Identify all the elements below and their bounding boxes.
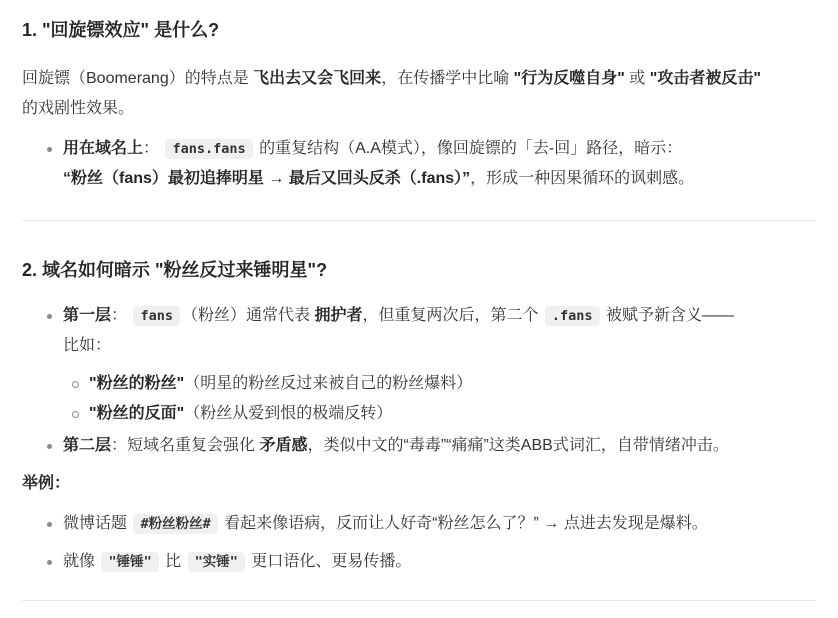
bullet-text: 被赋予新含义—— — [602, 307, 734, 324]
bold-attacker-countered: "攻击者被反击" — [650, 70, 761, 87]
bottom-divider — [22, 600, 816, 601]
bold-examples: 举例： — [22, 475, 70, 492]
inline-code-hashtag-fans: #粉丝粉丝# — [133, 514, 217, 534]
intro-text: ，在传播学中比喻 — [381, 70, 513, 87]
bullet-text: （明星的粉丝反过来被自己的粉丝爆料） — [184, 375, 472, 392]
bold-fans-of-fans: "粉丝的粉丝" — [89, 375, 184, 392]
bullet-text: ： — [111, 307, 131, 324]
bold-contradiction: 矛盾感 — [259, 437, 307, 454]
section1-list: 用在域名上： fans.fans 的重复结构（A.A模式），像回旋镖的「去-回」… — [22, 134, 816, 194]
inline-code-fans: fans — [133, 306, 180, 326]
intro-text: 的戏剧性效果。 — [22, 100, 134, 117]
bold-fans-opposite: "粉丝的反面" — [89, 405, 184, 422]
bullet-text: ，但重复两次后，第二个 — [362, 307, 542, 324]
markdown-document: 1. "回旋镖效应" 是什么? 回旋镖（Boomerang）的特点是 飞出去又会… — [0, 0, 838, 618]
bullet-text-example-lead: 比如： — [63, 337, 111, 354]
list-item-weibo-topic: 微博话题 #粉丝粉丝# 看起来像语病，反而让人好奇“粉丝怎么了？” → 点进去发… — [63, 509, 816, 539]
bullet-text: 微博话题 — [63, 515, 131, 532]
inline-code-shichui: "实锤" — [188, 552, 245, 572]
bullet-text: 更口语化、更易传播。 — [247, 553, 411, 570]
bullet-text: ，类似中文的“毒毒”“痛痛”这类ABB式词汇，自带情绪冲击。 — [307, 437, 728, 454]
bullet-text: 就像 — [63, 553, 99, 570]
bullet-text: ：短域名重复会强化 — [111, 437, 259, 454]
examples-label: 举例： — [22, 469, 816, 499]
bold-layer1: 第一层 — [63, 307, 111, 324]
list-item-fans-opposite: "粉丝的反面"（粉丝从爱到恨的极端反转） — [89, 399, 816, 429]
bullet-text: 的重复结构（A.A模式），像回旋镖的「去-回」路径，暗示： — [255, 140, 683, 157]
section1-intro-paragraph: 回旋镖（Boomerang）的特点是 飞出去又会飞回来，在传播学中比喻 "行为反… — [22, 64, 816, 124]
intro-text: 回旋镖（Boomerang）的特点是 — [22, 70, 253, 87]
inline-code-chuichui: "锤锤" — [101, 552, 158, 572]
list-item-domain-usage: 用在域名上： fans.fans 的重复结构（A.A模式），像回旋镖的「去-回」… — [63, 134, 816, 194]
section2-list: 第一层： fans（粉丝）通常代表 拥护者，但重复两次后，第二个 .fans 被… — [22, 301, 816, 461]
section1-heading: 1. "回旋镖效应" 是什么? — [22, 16, 816, 44]
bold-domain-usage: 用在域名上 — [63, 140, 143, 157]
list-item-layer2: 第二层：短域名重复会强化 矛盾感，类似中文的“毒毒”“痛痛”这类ABB式词汇，自… — [63, 431, 816, 461]
examples-list: 微博话题 #粉丝粉丝# 看起来像语病，反而让人好奇“粉丝怎么了？” → 点进去发… — [22, 509, 816, 577]
bold-fans-cycle-quote: “粉丝（fans）最初追捧明星 → 最后又回头反杀（.fans）” — [63, 170, 470, 187]
list-item-fans-of-fans: "粉丝的粉丝"（明星的粉丝反过来被自己的粉丝爆料） — [89, 369, 816, 399]
inline-code-dot-fans: .fans — [545, 306, 600, 326]
bullet-text: （粉丝从爱到恨的极端反转） — [184, 405, 392, 422]
layer1-sublist: "粉丝的粉丝"（明星的粉丝反过来被自己的粉丝爆料） "粉丝的反面"（粉丝从爱到恨… — [63, 369, 816, 429]
list-item-chuichui: 就像 "锤锤" 比 "实锤" 更口语化、更易传播。 — [63, 547, 816, 577]
section2-heading: 2. 域名如何暗示 "粉丝反过来锤明星"? — [22, 256, 816, 284]
bullet-text: ，形成一种因果循环的讽刺感。 — [470, 170, 694, 187]
bold-supporter: 拥护者 — [314, 307, 362, 324]
bold-layer2: 第二层 — [63, 437, 111, 454]
bold-backfire: "行为反噬自身" — [514, 70, 625, 87]
bullet-text: （粉丝）通常代表 — [182, 307, 314, 324]
inline-code-fans-fans: fans.fans — [165, 139, 252, 159]
bullet-text: 看起来像语病，反而让人好奇“粉丝怎么了？” → 点进去发现是爆料。 — [220, 515, 708, 532]
bold-fly-back: 飞出去又会飞回来 — [253, 70, 381, 87]
bullet-text: ： — [143, 140, 163, 157]
intro-text: 或 — [625, 70, 650, 87]
section-divider — [22, 220, 816, 221]
bullet-text: 比 — [161, 553, 186, 570]
list-item-layer1: 第一层： fans（粉丝）通常代表 拥护者，但重复两次后，第二个 .fans 被… — [63, 301, 816, 429]
